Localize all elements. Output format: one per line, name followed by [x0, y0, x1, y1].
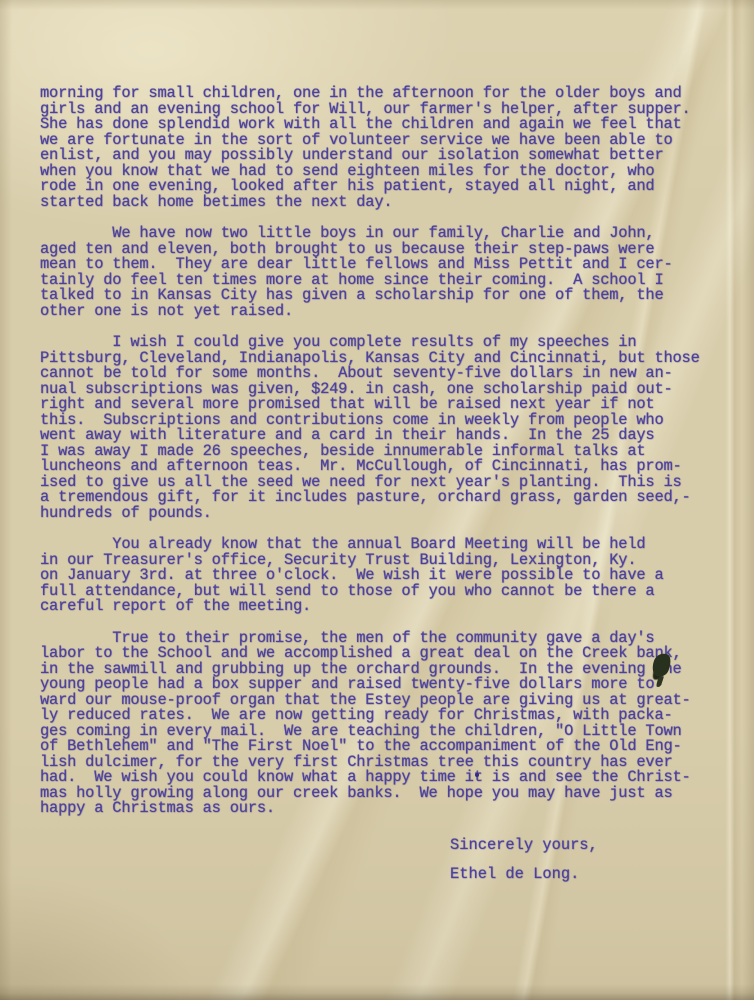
- paragraph-2: We have now two little boys in our famil…: [40, 226, 740, 319]
- signature: Ethel de Long.: [450, 867, 740, 883]
- paragraph-3: I wish I could give you complete results…: [40, 335, 740, 521]
- paragraph-5: True to their promise, the men of the co…: [40, 631, 740, 817]
- ink-speck: [475, 773, 479, 777]
- letter-body: morning for small children, one in the a…: [40, 86, 740, 883]
- paragraph-4: You already know that the annual Board M…: [40, 537, 740, 615]
- closing-salutation: Sincerely yours,: [450, 838, 740, 854]
- paragraph-1: morning for small children, one in the a…: [40, 86, 740, 210]
- letter-page: morning for small children, one in the a…: [0, 0, 754, 1000]
- closing-block: Sincerely yours, Ethel de Long.: [450, 838, 740, 883]
